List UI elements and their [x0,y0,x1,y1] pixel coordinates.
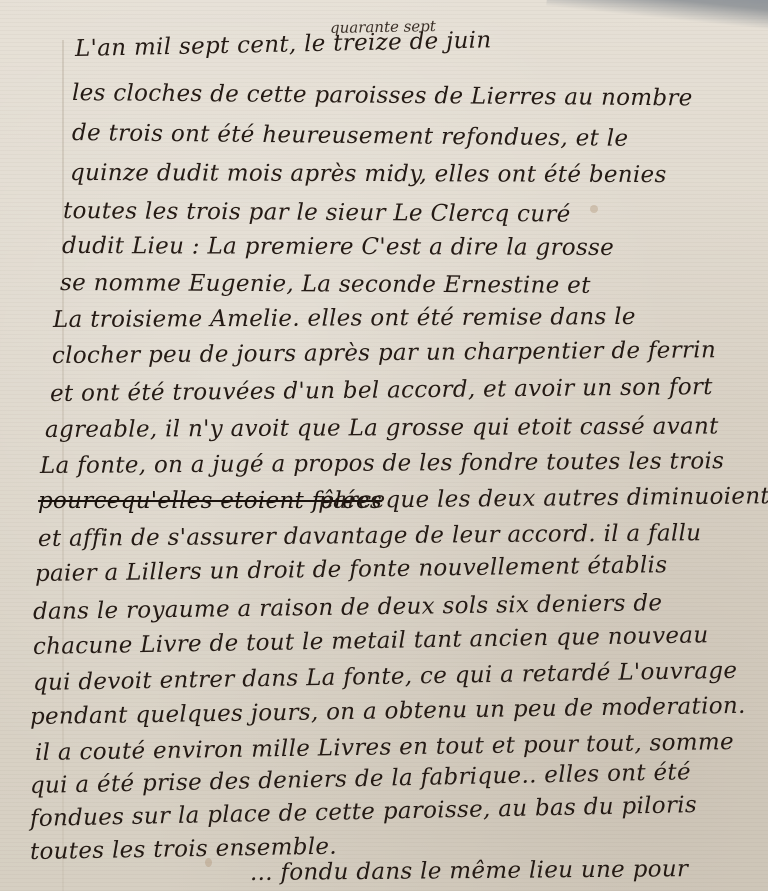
page-corner-shadow [546,0,768,33]
manuscript-line: et affin de s'assurer davantage de leur … [38,520,702,552]
manuscript-line: clocher peu de jours après par un charpe… [52,337,716,369]
manuscript-page: quarante sept L'an mil sept cent, le tre… [0,0,768,891]
manuscript-line: ... fondu dans le même lieu une pour [250,856,688,886]
manuscript-line: toutes les trois par le sieur Le Clercq … [63,198,571,228]
manuscript-line: dans le royaume a raison de deux sols si… [33,590,663,625]
manuscript-line: fondues sur la place de cette paroisse, … [30,792,698,832]
manuscript-line: dudit Lieu : La premiere C'est a dire la… [62,233,614,261]
manuscript-line: pendant quelques jours, on a obtenu un p… [30,693,746,730]
manuscript-line: les cloches de cette paroisses de Lierre… [72,80,693,111]
manuscript-line: chacune Livre de tout le metail tant anc… [33,622,709,660]
manuscript-line: et ont été trouvées d'un bel accord, et … [50,374,713,407]
manuscript-line: paier a Lillers un droit de fonte nouvel… [35,552,668,587]
ink-stain [590,205,598,213]
manuscript-line: La troisieme Amelie. elles ont été remis… [53,304,636,333]
manuscript-line: L'an mil sept cent, le treize de juin [75,27,492,62]
manuscript-line: quinze dudit mois après midy, elles ont … [70,160,667,188]
manuscript-line: qui devoit entrer dans La fonte, ce qui … [33,658,738,696]
manuscript-line: parceque les deux autres diminuoient, [318,483,768,514]
manuscript-line: La fonte, on a jugé a propos de les fond… [40,448,724,479]
manuscript-line: agreable, il n'y avoit que La grosse qui… [45,413,719,443]
manuscript-line: qui a été prise des deniers de la fabriq… [30,759,691,799]
manuscript-line: se nomme Eugenie, La seconde Ernestine e… [60,270,591,299]
manuscript-line: de trois ont été heureusement refondues,… [72,120,629,152]
